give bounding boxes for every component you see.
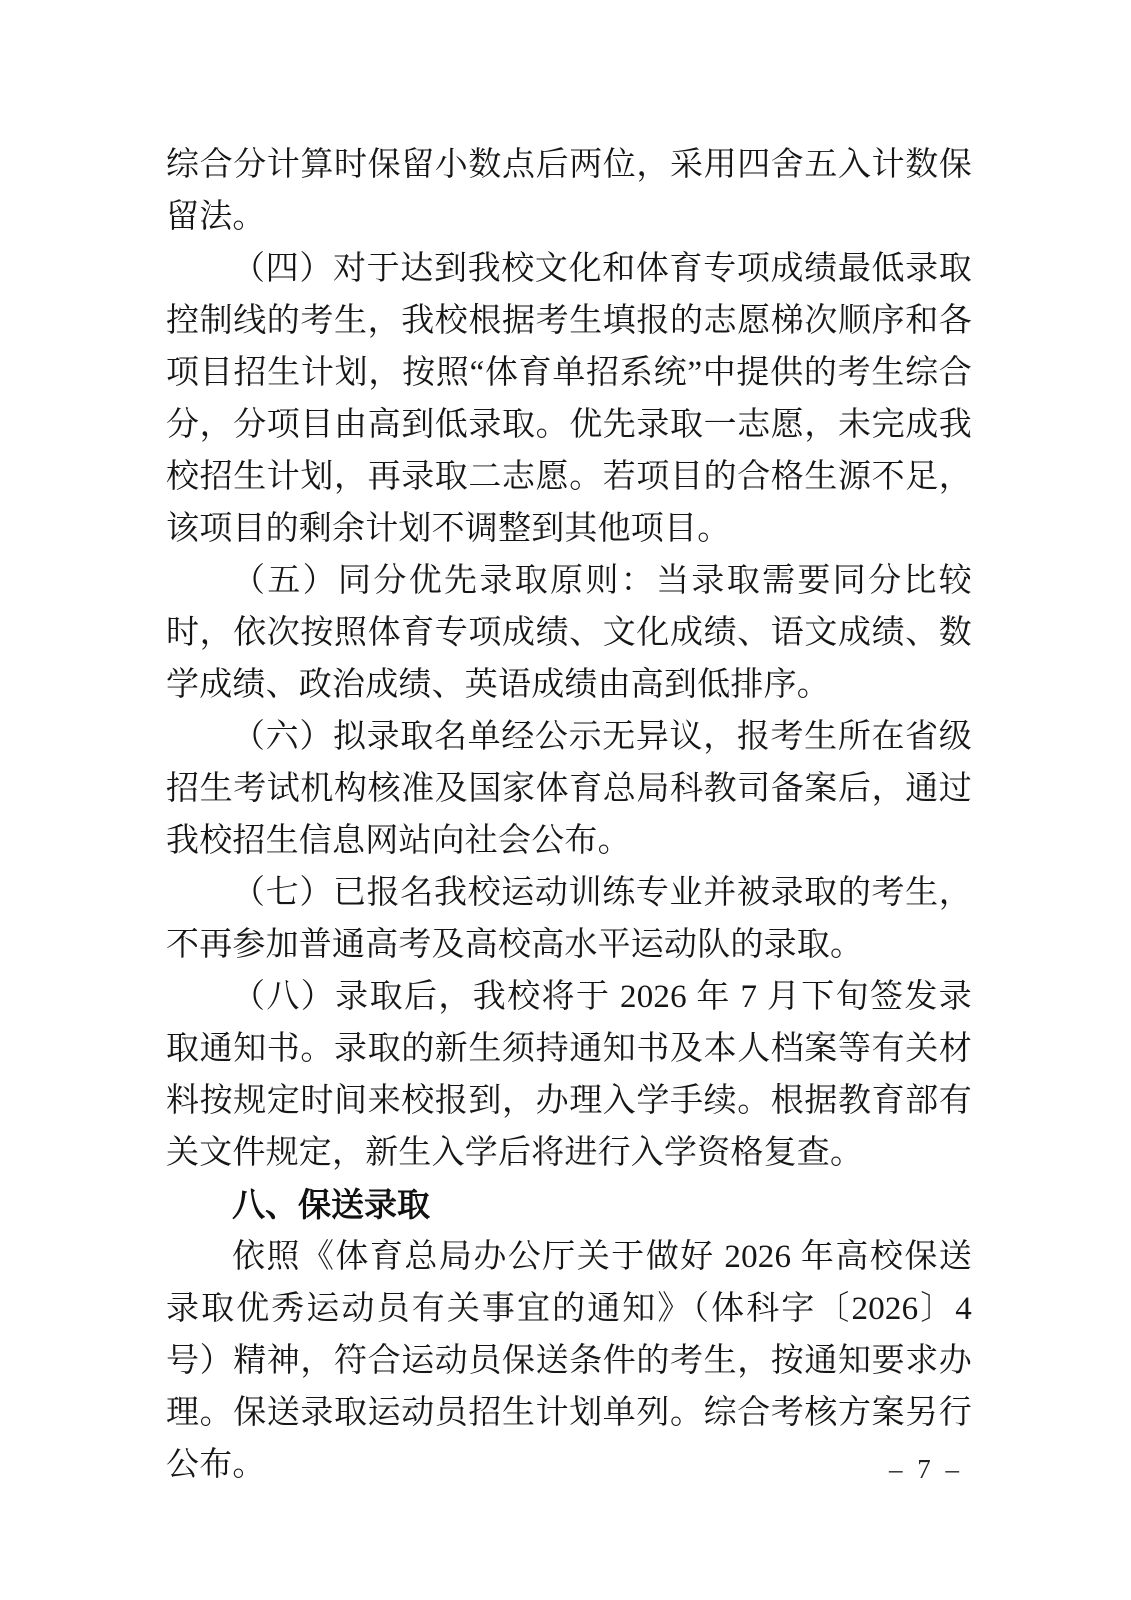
page-number: – 7 – xyxy=(889,1454,963,1484)
paragraph-item-8: （八）录取后，我校将于 2026 年 7 月下旬签发录取通知书。录取的新生须持通… xyxy=(166,971,972,1179)
section-heading-baosong: 八、保送录取 xyxy=(166,1179,972,1231)
document-body: 综合分计算时保留小数点后两位，采用四舍五入计数保留法。 （四）对于达到我校文化和… xyxy=(166,139,972,1491)
paragraph-continued: 综合分计算时保留小数点后两位，采用四舍五入计数保留法。 xyxy=(166,139,972,243)
document-page: 综合分计算时保留小数点后两位，采用四舍五入计数保留法。 （四）对于达到我校文化和… xyxy=(0,0,1131,1600)
paragraph-item-7: （七）已报名我校运动训练专业并被录取的考生，不再参加普通高考及高校高水平运动队的… xyxy=(166,867,972,971)
paragraph-item-4: （四）对于达到我校文化和体育专项成绩最低录取控制线的考生，我校根据考生填报的志愿… xyxy=(166,243,972,555)
paragraph-item-6: （六）拟录取名单经公示无异议，报考生所在省级招生考试机构核准及国家体育总局科教司… xyxy=(166,711,972,867)
paragraph-item-5: （五）同分优先录取原则：当录取需要同分比较时，依次按照体育专项成绩、文化成绩、语… xyxy=(166,555,972,711)
paragraph-baosong-body: 依照《体育总局办公厅关于做好 2026 年高校保送录取优秀运动员有关事宜的通知》… xyxy=(166,1231,972,1491)
